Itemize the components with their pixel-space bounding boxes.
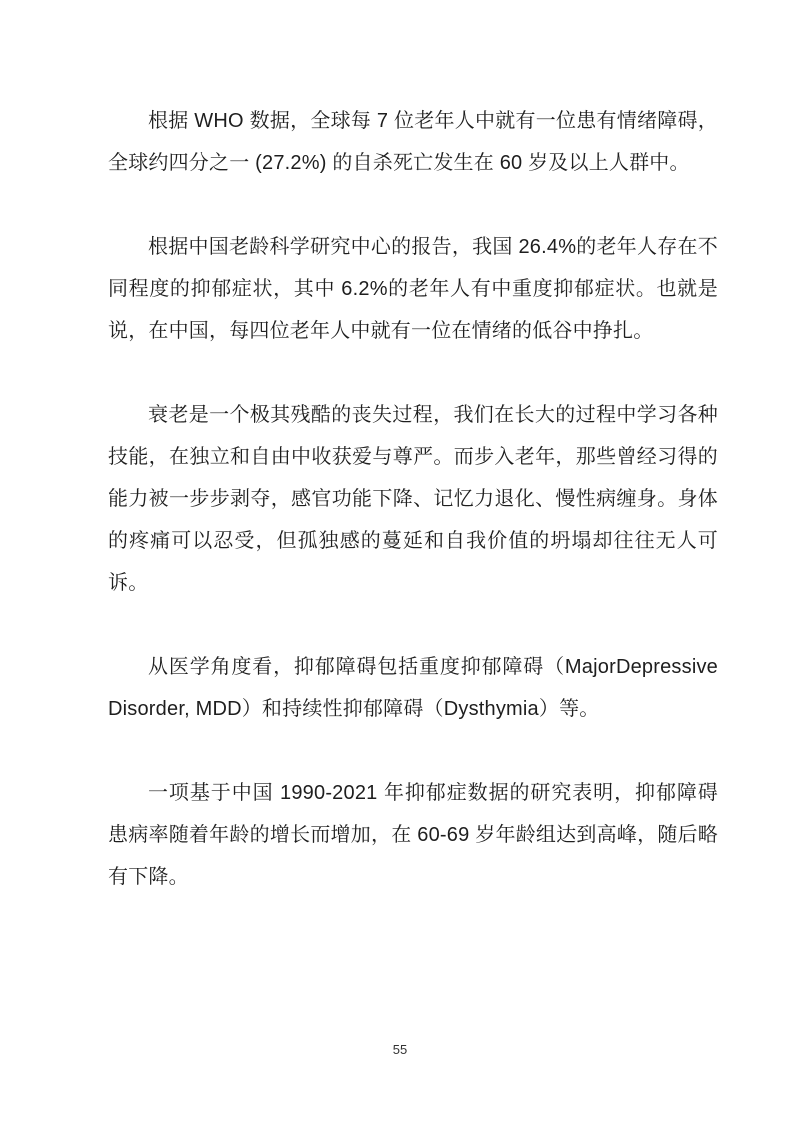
document-page: 根据 WHO 数据，全球每 7 位老年人中就有一位患有情绪障碍，全球约四分之一 …: [0, 0, 800, 1131]
paragraph-prevalence-study: 一项基于中国 1990-2021 年抑郁症数据的研究表明，抑郁障碍患病率随着年龄…: [108, 772, 718, 898]
paragraph-china-aging-report: 根据中国老龄科学研究中心的报告，我国 26.4%的老年人存在不同程度的抑郁症状，…: [108, 226, 718, 352]
paragraph-who-statistics: 根据 WHO 数据，全球每 7 位老年人中就有一位患有情绪障碍，全球约四分之一 …: [108, 100, 718, 184]
page-number: 55: [0, 1042, 800, 1058]
paragraph-medical-definition: 从医学角度看，抑郁障碍包括重度抑郁障碍（MajorDepressive Diso…: [108, 646, 718, 730]
body-text: 根据 WHO 数据，全球每 7 位老年人中就有一位患有情绪障碍，全球约四分之一 …: [108, 100, 718, 898]
paragraph-aging-loss-process: 衰老是一个极其残酷的丧失过程，我们在长大的过程中学习各种技能，在独立和自由中收获…: [108, 394, 718, 604]
